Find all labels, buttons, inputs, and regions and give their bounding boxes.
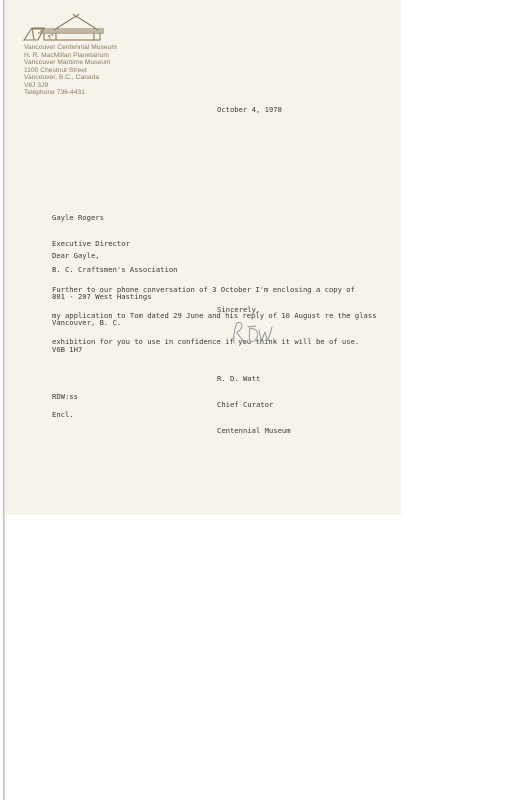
signer-block: R. D. Watt Chief Curator Centennial Muse… (217, 358, 291, 444)
body-line: Further to our phone conversation of 3 O… (52, 286, 377, 295)
recipient-line: Gayle Rogers (52, 214, 178, 223)
letterhead-line: 1100 Chestnut Street (24, 67, 117, 75)
letter-date: October 4, 1978 (217, 105, 282, 114)
letterhead-line: Vancouver Centennial Museum (24, 44, 117, 52)
recipient-line: Executive Director (52, 240, 178, 249)
handwritten-signature (228, 317, 276, 347)
reference-initials: RDW:ss (52, 392, 78, 401)
signer-department: Centennial Museum (217, 427, 291, 436)
enclosure-note: Encl. (52, 410, 74, 419)
letterhead-address: Vancouver Centennial Museum H. R. MacMil… (24, 44, 117, 97)
body-line: my application to Tom dated 29 June and … (52, 312, 377, 321)
salutation: Dear Gayle, (52, 251, 100, 260)
letterhead-line: Telephone 736-4431 (24, 89, 117, 97)
letterhead-line: V6J 3J9 (24, 82, 117, 90)
museum-building-icon (22, 12, 104, 42)
letterhead-line: H. R. MacMillan Planetarium (24, 52, 117, 60)
letterhead-line: Vancouver, B.C., Canada (24, 74, 117, 82)
body-line: exhibition for you to use in confidence … (52, 338, 377, 347)
closing: Sincerely, (217, 305, 260, 314)
letter-body: Further to our phone conversation of 3 O… (52, 269, 377, 355)
signer-title: Chief Curator (217, 401, 291, 410)
signer-name: R. D. Watt (217, 375, 291, 384)
letterhead-line: Vancouver Maritime Museum (24, 59, 117, 67)
